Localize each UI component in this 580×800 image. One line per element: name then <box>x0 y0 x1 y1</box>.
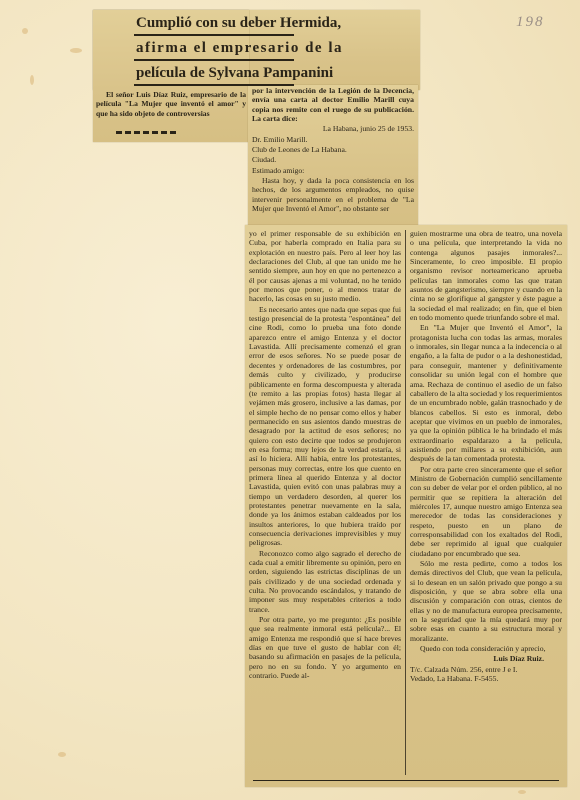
paper-stain <box>22 28 28 34</box>
body-right-paragraph: Quedo con toda consideración y aprecio, <box>410 644 562 653</box>
address-block: T/c. Calzada Núm. 256, entre J e I. Veda… <box>410 665 562 684</box>
headline-line: Cumplió con su deber Hermida, <box>134 12 294 36</box>
body-left-paragraph: Reconozco como algo sagrado el derecho d… <box>249 549 401 614</box>
letter-lead-paragraph: Hasta hoy, y dada la poca consistencia e… <box>252 176 414 213</box>
paper-stain <box>518 790 526 794</box>
letter-lead-paragraph: por la intervención de la Legión de la D… <box>252 86 414 123</box>
paper-stain <box>58 752 66 757</box>
column-rule <box>405 230 406 775</box>
body-right-paragraph: Por otra parte creo sinceramente que el … <box>410 465 562 558</box>
headline: Cumplió con su deber Hermida, afirma el … <box>134 12 294 87</box>
body-right-paragraph: guien mostrarme una obra de teatro, una … <box>410 229 562 322</box>
body-right-paragraph: En "La Mujer que Inventó el Amor", la pr… <box>410 323 562 463</box>
letter-lead-paragraph: Club de Leones de La Habana. <box>252 145 414 154</box>
body-right-column: guien mostrarme una obra de teatro, una … <box>410 229 562 684</box>
address-line: T/c. Calzada Núm. 256, entre J e I. <box>410 665 562 674</box>
letter-lead-paragraph: Dr. Emilio Marill. <box>252 135 414 144</box>
paper-stain <box>30 75 34 85</box>
paper-stain <box>70 48 82 53</box>
body-left-column: yo el primer responsable de su exhibició… <box>249 229 401 682</box>
letter-lead-column: por la intervención de la Legión de la D… <box>252 86 414 214</box>
intro-paragraph: El señor Luis Díaz Ruiz, empresario de l… <box>96 90 246 118</box>
body-left-paragraph: yo el primer responsable de su exhibició… <box>249 229 401 304</box>
headline-line: película de Sylvana Pampanini <box>134 62 294 86</box>
letter-lead-paragraph: Estimado amigo: <box>252 166 414 175</box>
body-left-paragraph: Es necesario antes que nada que sepas qu… <box>249 305 401 548</box>
handwritten-page-number: 198 <box>516 14 545 31</box>
intro-text: El señor Luis Díaz Ruiz, empresario de l… <box>96 90 246 118</box>
letter-lead-paragraph: Ciudad. <box>252 155 414 164</box>
headline-line: afirma el empresario de la <box>134 37 294 61</box>
letter-lead-paragraph: La Habana, junio 25 de 1953. <box>252 124 414 133</box>
signature: Luis Díaz Ruiz. <box>410 654 562 663</box>
section-divider <box>116 131 176 138</box>
address-line: Vedado, La Habana. F-5455. <box>410 674 562 683</box>
body-left-paragraph: Por otra parte, yo me pregunto: ¿Es posi… <box>249 615 401 680</box>
body-right-paragraph: Sólo me resta pedirte, como a todos los … <box>410 559 562 643</box>
